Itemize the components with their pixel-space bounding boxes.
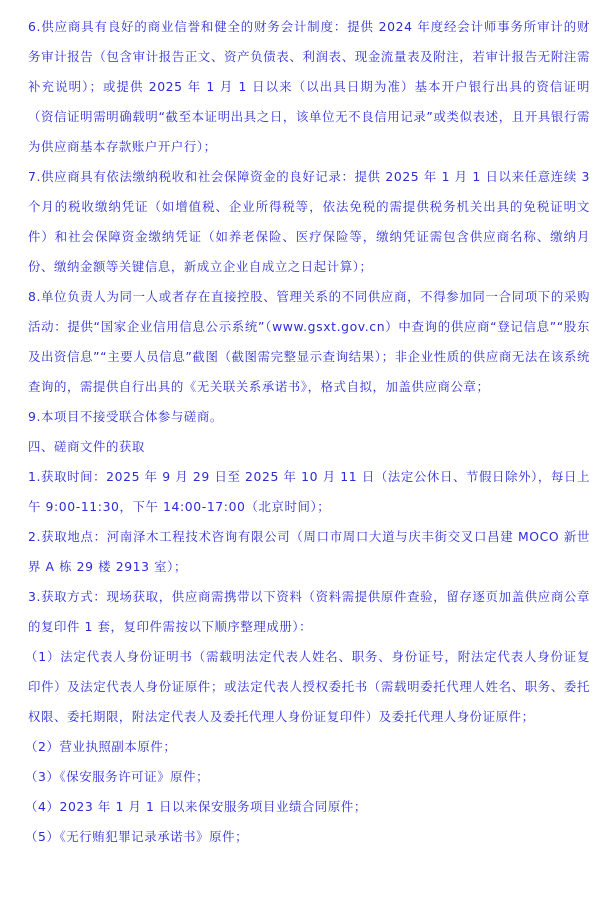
document-body: 6.供应商具有良好的商业信誉和健全的财务会计制度：提供 2024 年度经会计师事… xyxy=(28,12,590,852)
obtain-method-paragraph: 3.获取方式：现场获取，供应商需携带以下资料（资料需提供原件查验，留存逐页加盖供… xyxy=(28,582,590,642)
material-item-3: （3）《保安服务许可证》原件； xyxy=(28,762,590,792)
requirement-7-paragraph: 7.供应商具有依法缴纳税收和社会保障资金的良好记录：提供 2025 年 1 月 … xyxy=(28,162,590,282)
material-item-5: （5）《无行贿犯罪记录承诺书》原件； xyxy=(28,822,590,852)
material-item-4: （4）2023 年 1 月 1 日以来保安服务项目业绩合同原件； xyxy=(28,792,590,822)
requirement-8-paragraph: 8.单位负责人为同一人或者存在直接控股、管理关系的不同供应商，不得参加同一合同项… xyxy=(28,282,590,402)
requirement-9-paragraph: 9.本项目不接受联合体参与磋商。 xyxy=(28,402,590,432)
obtain-time-paragraph: 1.获取时间：2025 年 9 月 29 日至 2025 年 10 月 11 日… xyxy=(28,462,590,522)
material-item-2: （2）营业执照副本原件； xyxy=(28,732,590,762)
section-heading-obtain-documents: 四、磋商文件的获取 xyxy=(28,432,590,462)
obtain-location-paragraph: 2.获取地点：河南泽木工程技术咨询有限公司（周口市周口大道与庆丰街交叉口昌建 M… xyxy=(28,522,590,582)
requirement-6-paragraph: 6.供应商具有良好的商业信誉和健全的财务会计制度：提供 2024 年度经会计师事… xyxy=(28,12,590,162)
material-item-1: （1）法定代表人身份证明书（需载明法定代表人姓名、职务、身份证号，附法定代表人身… xyxy=(28,642,590,732)
